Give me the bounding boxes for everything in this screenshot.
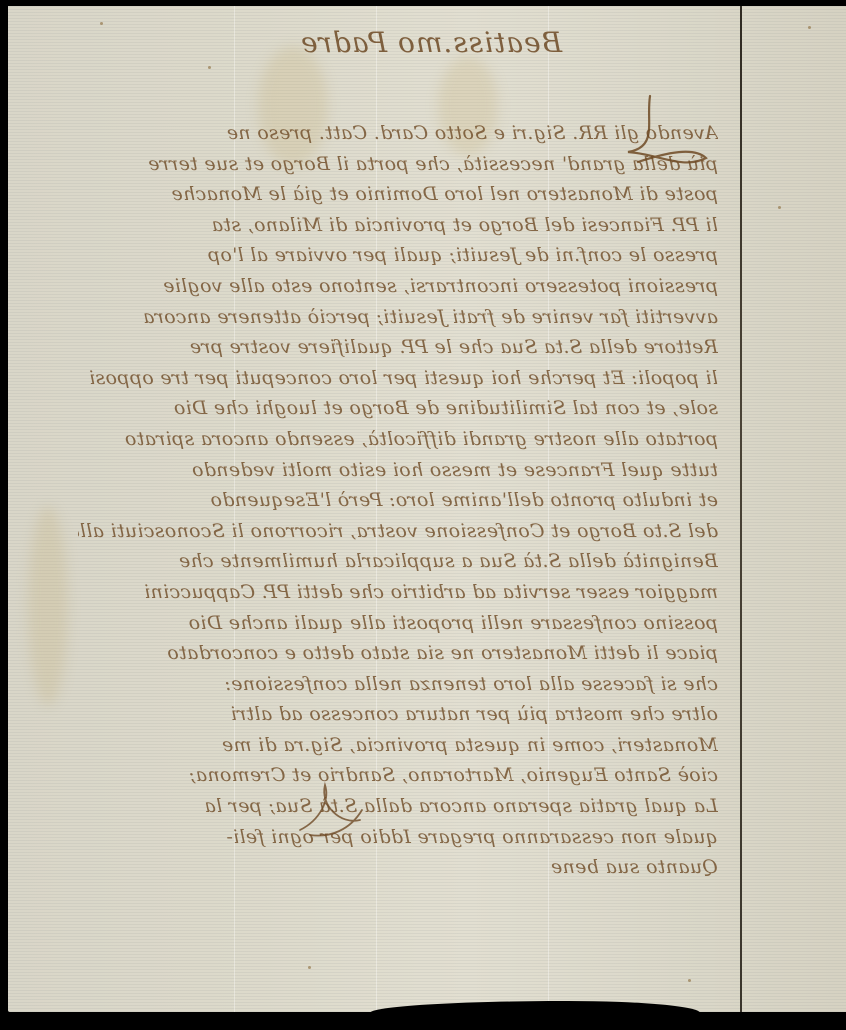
- letter-line: che si facesse alla loro tenenza nella c…: [78, 669, 718, 700]
- letter-line: portato alle nostre grandi difficoltà, e…: [78, 424, 718, 455]
- paper-speck: [308, 966, 311, 969]
- letter-line: Quanto sua bene: [78, 852, 718, 883]
- letter-line: possino confessare nelli proposti alle q…: [78, 608, 718, 639]
- signature-flourish-icon: [290, 780, 370, 840]
- letter-line: Avendo gli RR. Sig.ri e Sotto Card. Catt…: [78, 118, 718, 149]
- letter-line: Benignità della S.tà Sua a supplicarla h…: [78, 546, 718, 577]
- water-stain: [28, 506, 68, 706]
- letter-line: quale non cessaranno pregare Iddio per o…: [78, 822, 718, 853]
- letter-line: li popoli: Et perche hoi questi per loro…: [78, 363, 718, 394]
- letter-line: oltre che mostra più per natura concesso…: [78, 699, 718, 730]
- torn-bottom-edge: [370, 1001, 700, 1021]
- paper-speck: [808, 26, 811, 29]
- letter-line: maggior esser servita ad arbitrio che de…: [78, 577, 718, 608]
- paper-speck: [100, 22, 103, 25]
- letter-line: tutte quel Francese et messo hoi esito m…: [78, 455, 718, 486]
- letter-line: Monasteri, come in questa provincia, Sig…: [78, 730, 718, 761]
- letter-line: sole, et con tal Similitudine de Borgo e…: [78, 393, 718, 424]
- letter-line: del S.to Borgo et Confessione vostra, ri…: [78, 516, 718, 547]
- letter-line: avvertiti far venire de frati Jesuiti; p…: [78, 302, 718, 333]
- paper-speck: [778, 206, 781, 209]
- letter-line: più della grand' necessità, che porta il…: [78, 149, 718, 180]
- letter-line: piace li detti Monastero ne sia stato de…: [78, 638, 718, 669]
- letter-line: cioè Santo Eugenio, Martorano, Sandrio e…: [78, 760, 718, 791]
- letter-body: Avendo gli RR. Sig.ri e Sotto Card. Catt…: [78, 118, 718, 883]
- letter-line: li PP. Fiancesi del Borgo et provincia d…: [78, 210, 718, 241]
- letter-line: poste di Monastero nel loro Dominio et g…: [78, 179, 718, 210]
- salutation: Beatiss.mo Padre: [300, 26, 562, 59]
- paper-speck: [208, 66, 211, 69]
- letter-line: et indulto pronto dell'anime loro: Però …: [78, 485, 718, 516]
- letter-line: La qual gratia sperano ancora dalla S.tà…: [78, 791, 718, 822]
- paper-speck: [688, 979, 691, 982]
- letter-line: presso le conf.ni de Jesuiti; quali per …: [78, 240, 718, 271]
- letter-line: Rettore della S.ta Sua che le PP. qualif…: [78, 332, 718, 363]
- letter-line: pressioni potessero incontrarsi, sentono…: [78, 271, 718, 302]
- page-edge-fold: [740, 6, 742, 1012]
